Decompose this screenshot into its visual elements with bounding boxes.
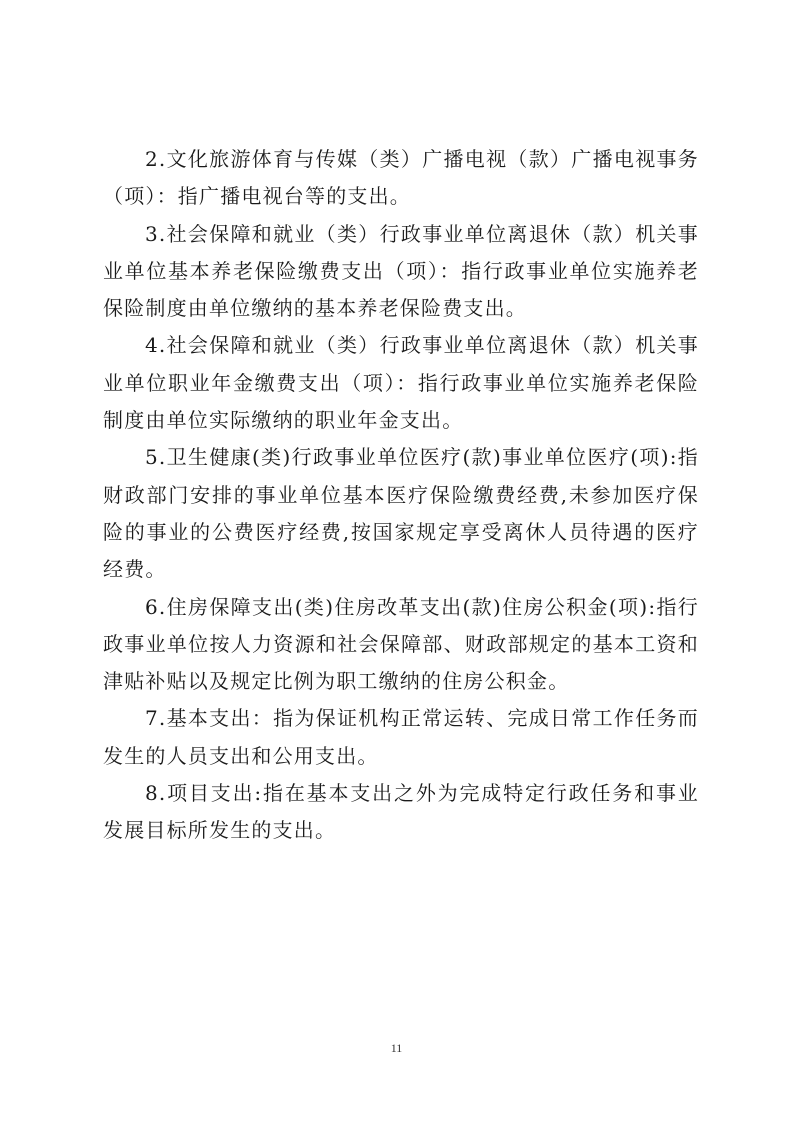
document-body: 2.文化旅游体育与传媒（类）广播电视（款）广播电视事务（项）：指广播电视台等的支… (103, 141, 699, 850)
paragraph-item-5: 5.卫生健康(类)行政事业单位医疗(款)事业单位医疗(项):指财政部门安排的事业… (103, 439, 699, 588)
document-page: 2.文化旅游体育与传媒（类）广播电视（款）广播电视事务（项）：指广播电视台等的支… (0, 0, 793, 1122)
paragraph-item-7: 7.基本支出：指为保证机构正常运转、完成日常工作任务而发生的人员支出和公用支出。 (103, 700, 699, 775)
page-number: 11 (0, 1041, 793, 1056)
paragraph-item-4: 4.社会保障和就业（类）行政事业单位离退休（款）机关事业单位职业年金缴费支出（项… (103, 327, 699, 439)
paragraph-item-2: 2.文化旅游体育与传媒（类）广播电视（款）广播电视事务（项）：指广播电视台等的支… (103, 141, 699, 216)
paragraph-item-8: 8.项目支出:指在基本支出之外为完成特定行政任务和事业发展目标所发生的支出。 (103, 775, 699, 850)
paragraph-item-3: 3.社会保障和就业（类）行政事业单位离退休（款）机关事业单位基本养老保险缴费支出… (103, 216, 699, 328)
paragraph-item-6: 6.住房保障支出(类)住房改革支出(款)住房公积金(项):指行政事业单位按人力资… (103, 589, 699, 701)
